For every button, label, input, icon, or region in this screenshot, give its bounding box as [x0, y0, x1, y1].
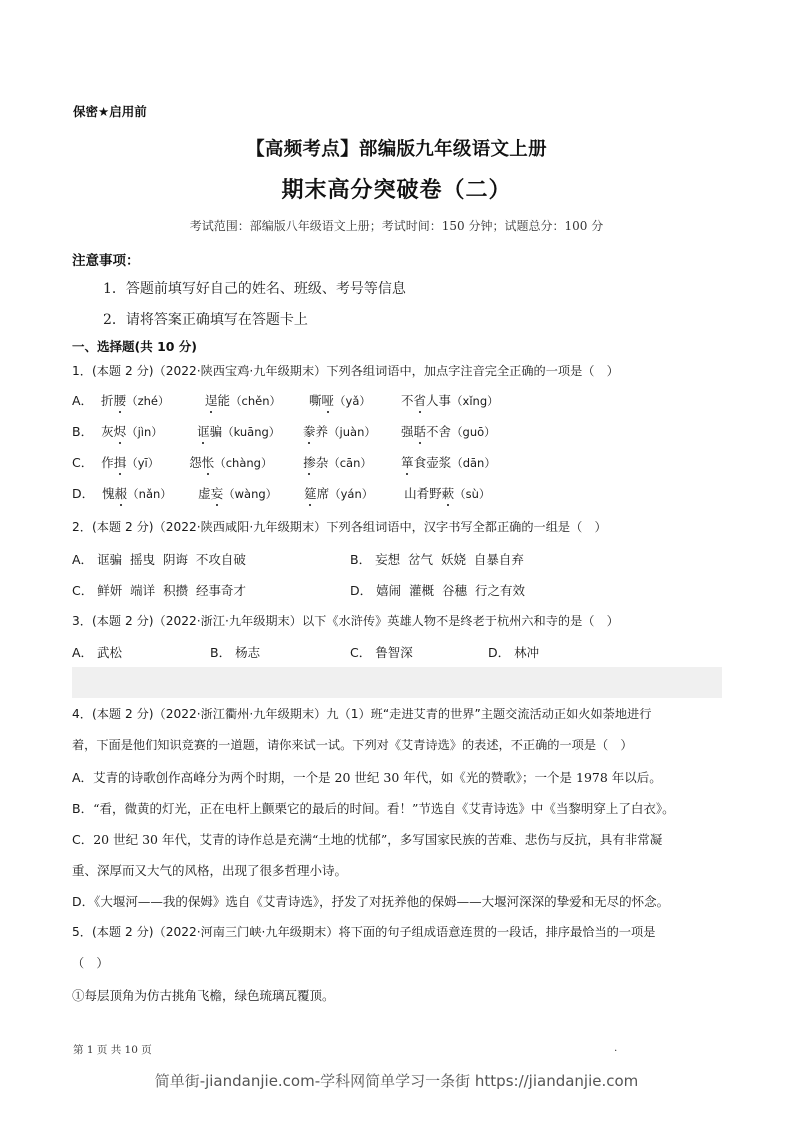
- question-1-option-b: B． 灰烬（jìn） 诓骗（kuāng） 豢养（juàn） 强聒不舍（guō）: [72, 422, 496, 440]
- question-1-stem: 1．(本题 2 分)（2022·陕西宝鸡·九年级期末）下列各组词语中，加点字注音…: [72, 362, 619, 379]
- question-2-stem: 2．(本题 2 分)（2022·陕西咸阳·九年级期末）下列各组词语中，汉字书写全…: [72, 518, 607, 535]
- dotted-char: 腰: [114, 391, 127, 409]
- question-2-option-c: C． 鲜妍 端详 积攒 经事奇才: [72, 581, 246, 599]
- question-5-sentence-1: ①每层顶角为仿古挑角飞檐，绿色琉璃瓦覆顶。: [72, 986, 335, 1004]
- option-label: A．: [72, 393, 93, 408]
- option-item: 箪食壶浆（dān）: [401, 455, 496, 470]
- exam-info: 考试范围：部编版八年级语文上册；考试时间：150 分钟；试题总分：100 分: [0, 217, 793, 234]
- option-item: 怨怅（chàng）: [189, 453, 299, 471]
- confidential-label: 保密★启用前: [73, 102, 147, 120]
- dotted-char: 箪: [401, 453, 414, 471]
- dotted-char: 赧: [115, 484, 128, 502]
- notice-item: 2．请将答案正确填写在答题卡上: [103, 309, 308, 329]
- option-item: 折腰（zhé）: [101, 391, 201, 409]
- page-indicator: 第 1 页 共 10 页: [73, 1042, 152, 1057]
- dotted-char: 筵: [304, 484, 317, 502]
- question-5-stem-line2: （ ）: [72, 954, 109, 971]
- option-item: 虚妄（wàng）: [198, 484, 300, 502]
- option-item: 筵席（yán）: [304, 484, 400, 502]
- dotted-char: 蔌: [442, 484, 455, 502]
- dotted-char: 哑: [322, 391, 335, 409]
- question-2-option-b: B． 妄想 岔气 妖娆 自暴自弃: [350, 550, 524, 568]
- question-4-option-d: D．《大堰河——我的保姆》选自《艾青诗选》，抒发了对抚养他的保姆——大堰河深深的…: [72, 892, 669, 910]
- dotted-char: 怅: [202, 453, 215, 471]
- question-1-option-c: C． 作揖（yī） 怨怅（chàng） 掺杂（cān） 箪食壶浆（dān）: [72, 453, 496, 471]
- grey-separator-bar: [72, 667, 722, 698]
- question-3-option-c: C． 鲁智深: [350, 643, 413, 661]
- option-item: 愧赧（nǎn）: [102, 484, 194, 502]
- question-2-option-a: A． 诓骗 摇曳 阴诲 不攻自破: [72, 550, 246, 568]
- question-4-stem-line2: 着，下面是他们知识竞赛的一道题，请你来试一试。下列对《艾青诗选》的表述，不正确的…: [72, 736, 633, 753]
- option-item: 山肴野蔌（sù）: [404, 486, 490, 501]
- question-4-option-c: C．20 世纪 30 年代，艾青的诗作总是充满“土地的忧郁”，多写国家民族的苦难…: [72, 830, 662, 848]
- option-item: 灰烬（jìn）: [101, 422, 193, 440]
- option-item: 不省人事（xǐng）: [401, 393, 499, 408]
- document-subtitle: 期末高分突破卷（二）: [0, 173, 793, 204]
- option-item: 强聒不舍（guō）: [401, 424, 496, 439]
- option-label: D．: [72, 486, 94, 501]
- watermark: 简单街-jiandanjie.com-学科网简单学习一条街 https://ji…: [0, 1070, 793, 1091]
- dotted-char: 聒: [414, 422, 427, 440]
- footer-dot: .: [614, 1042, 617, 1054]
- question-4-option-c-line2: 重、深厚而又大气的风格，出现了很多哲理小诗。: [72, 861, 347, 879]
- question-5-stem-line1: 5．(本题 2 分)（2022·河南三门峡·九年级期末）将下面的句子组成语意连贯…: [72, 923, 655, 940]
- option-item: 逞能（chěn）: [205, 391, 305, 409]
- option-label: B．: [72, 424, 93, 439]
- option-item: 诓骗（kuāng）: [197, 422, 299, 440]
- option-item: 嘶哑（yǎ）: [309, 391, 397, 409]
- question-1-option-a: A． 折腰（zhé） 逞能（chěn） 嘶哑（yǎ） 不省人事（xǐng）: [72, 391, 499, 409]
- question-4-option-a: A．艾青的诗歌创作高峰分为两个时期，一个是 20 世纪 30 年代，如《光的赞歌…: [72, 768, 662, 786]
- question-3-option-d: D． 林冲: [488, 643, 539, 661]
- question-3-stem: 3．(本题 2 分)（2022·浙江·九年级期末）以下《水浒传》英雄人物不是终老…: [72, 612, 619, 629]
- option-label: C．: [72, 455, 93, 470]
- question-3-option-a: A． 武松: [72, 643, 122, 661]
- document-title: 【高频考点】部编版九年级语文上册: [0, 135, 793, 161]
- dotted-char: 豢: [303, 422, 316, 440]
- dotted-char: 掺: [303, 453, 316, 471]
- question-4-stem-line1: 4．(本题 2 分)（2022·浙江衢州·九年级期末）九（1）班“走进艾青的世界…: [72, 705, 651, 722]
- section-heading: 一、选择题(共 10 分): [72, 337, 197, 355]
- question-2-option-d: D． 嬉闹 灌概 谷穗 行之有效: [350, 581, 525, 599]
- option-item: 豢养（juàn）: [303, 422, 397, 440]
- option-item: 掺杂（cān）: [303, 453, 397, 471]
- dotted-char: 揖: [114, 453, 127, 471]
- dotted-char: 省: [414, 391, 427, 409]
- option-item: 作揖（yī）: [101, 453, 185, 471]
- question-1-option-d: D． 愧赧（nǎn） 虚妄（wàng） 筵席（yán） 山肴野蔌（sù）: [72, 484, 490, 502]
- dotted-char: 妄: [211, 484, 224, 502]
- notice-item: 1．答题前填写好自己的姓名、班级、考号等信息: [103, 278, 406, 298]
- dotted-char: 烬: [114, 422, 127, 440]
- notice-heading: 注意事项：: [72, 249, 140, 269]
- question-4-option-b: B．“看，微黄的灯光，正在电杆上颤栗它的最后的时间。看！”节选自《艾青诗选》中《…: [72, 799, 675, 817]
- question-3-option-b: B． 杨志: [210, 643, 260, 661]
- dotted-char: 逞: [205, 391, 218, 409]
- dotted-char: 诓: [197, 422, 210, 440]
